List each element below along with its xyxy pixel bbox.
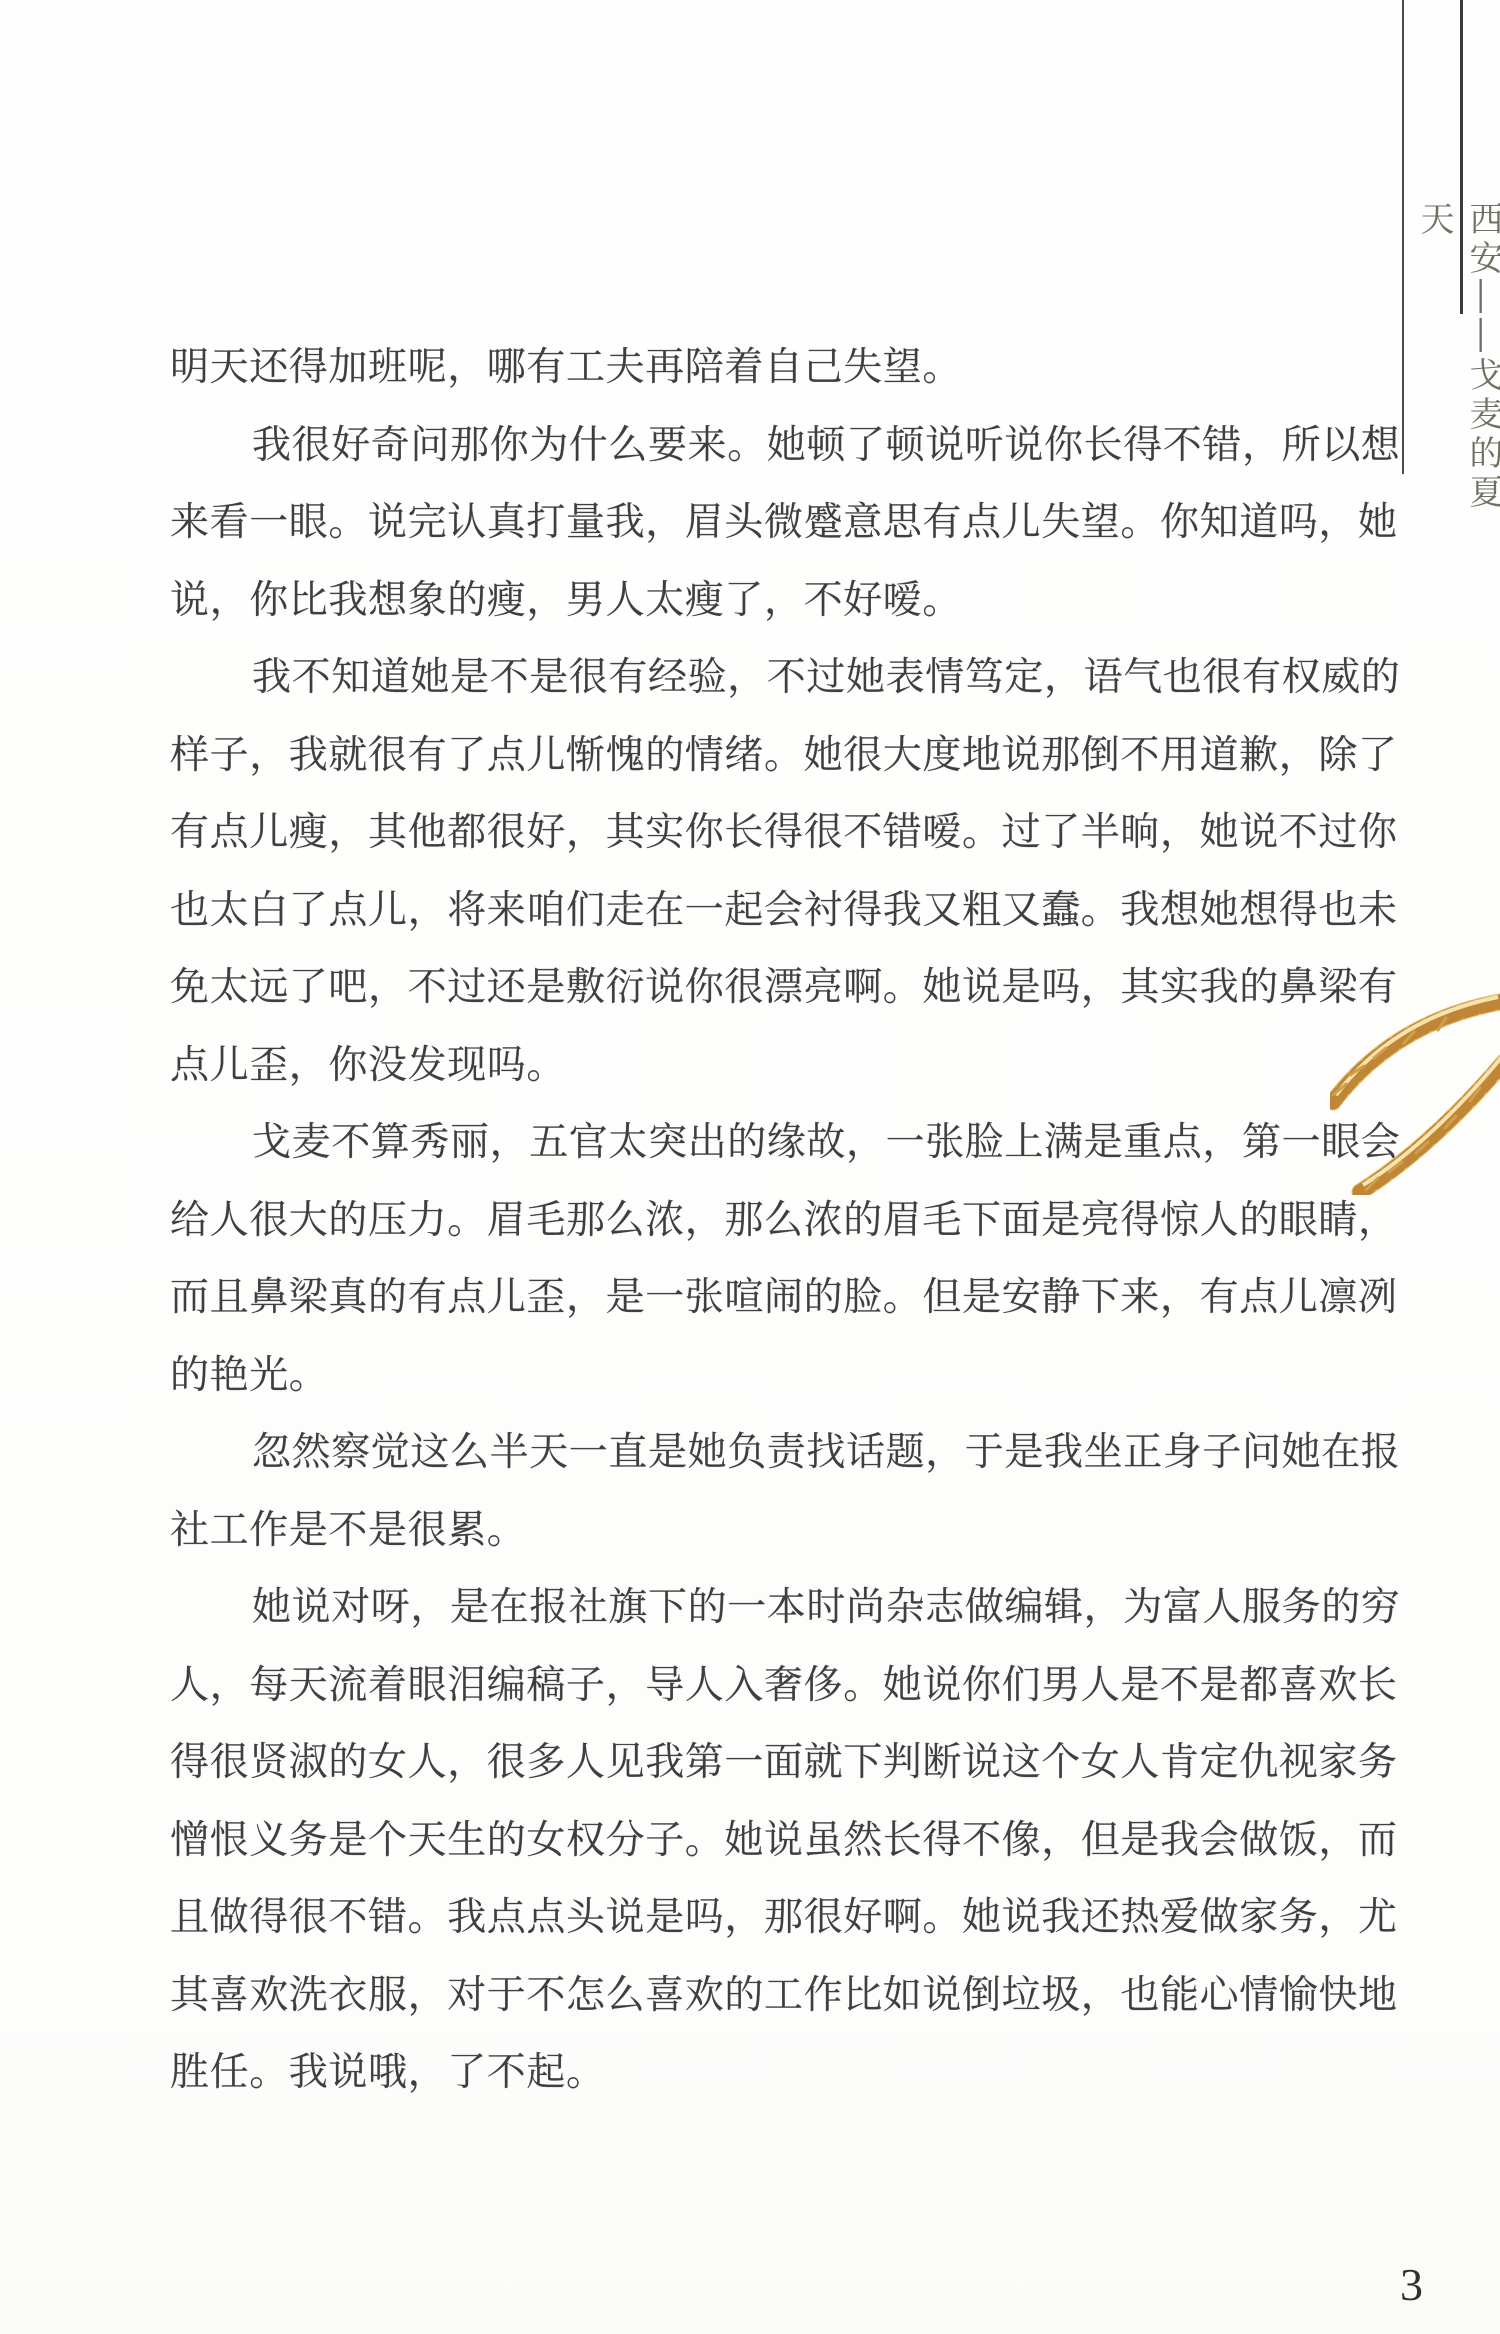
text-line: 她说对呀，是在报社旗下的一本时尚杂志做编辑，为富人服务的穷 — [170, 1569, 1360, 1647]
text-line: 免太远了吧，不过还是敷衍说你很漂亮啊。她说是吗，其实我的鼻梁有 — [170, 949, 1360, 1027]
text-line: 有点儿瘦，其他都很好，其实你长得很不错嗳。过了半晌，她说不过你 — [170, 794, 1360, 872]
text-line: 明天还得加班呢，哪有工夫再陪着自己失望。 — [170, 329, 1360, 407]
page-number: 3 — [1400, 2258, 1423, 2311]
text-line: 的艳光。 — [170, 1337, 1360, 1415]
text-line: 也太白了点儿，将来咱们走在一起会衬得我又粗又蠢。我想她想得也未 — [170, 872, 1360, 950]
text-line: 样子，我就很有了点儿惭愧的情绪。她很大度地说那倒不用道歉，除了 — [170, 717, 1360, 795]
text-line: 戈麦不算秀丽，五官太突出的缘故，一张脸上满是重点，第一眼会 — [170, 1104, 1360, 1182]
text-line: 憎恨义务是个天生的女权分子。她说虽然长得不像，但是我会做饭，而 — [170, 1802, 1360, 1880]
text-line: 而且鼻梁真的有点儿歪，是一张喧闹的脸。但是安静下来，有点儿凛冽 — [170, 1259, 1360, 1337]
text-line: 胜任。我说哦，了不起。 — [170, 2034, 1360, 2112]
text-line: 我很好奇问那你为什么要来。她顿了顿说听说你长得不错，所以想 — [170, 407, 1360, 485]
text-line: 其喜欢洗衣服，对于不怎么喜欢的工作比如说倒垃圾，也能心情愉快地 — [170, 1957, 1360, 2035]
text-line: 点儿歪，你没发现吗。 — [170, 1027, 1360, 1105]
text-line: 给人很大的压力。眉毛那么浓，那么浓的眉毛下面是亮得惊人的眼睛， — [170, 1182, 1360, 1260]
text-line: 得很贤淑的女人，很多人见我第一面就下判断说这个女人肯定仇视家务 — [170, 1724, 1360, 1802]
body-text: 明天还得加班呢，哪有工夫再陪着自己失望。我很好奇问那你为什么要来。她顿了顿说听说… — [170, 329, 1360, 2112]
text-line: 忽然察觉这么半天一直是她负责找话题，于是我坐正身子问她在报 — [170, 1414, 1360, 1492]
text-line: 人，每天流着眼泪编稿子，导人入奢侈。她说你们男人是不是都喜欢长 — [170, 1647, 1360, 1725]
chapter-running-head: 西安——戈麦的夏天 — [1410, 201, 1500, 541]
text-line: 说，你比我想象的瘦，男人太瘦了，不好嗳。 — [170, 562, 1360, 640]
text-line: 且做得很不错。我点点头说是吗，那很好啊。她说我还热爱做家务，尤 — [170, 1879, 1360, 1957]
book-page: 西安——戈麦的夏天 明天还得加班呢，哪有工夫再陪着自己失望。我很好奇问那你为什么… — [0, 0, 1500, 2334]
text-line: 我不知道她是不是很有经验，不过她表情笃定，语气也很有权威的 — [170, 639, 1360, 717]
text-line: 来看一眼。说完认真打量我，眉头微蹙意思有点儿失望。你知道吗，她 — [170, 484, 1360, 562]
sidebar-rule-inner — [1402, 0, 1404, 474]
text-line: 社工作是不是很累。 — [170, 1492, 1360, 1570]
